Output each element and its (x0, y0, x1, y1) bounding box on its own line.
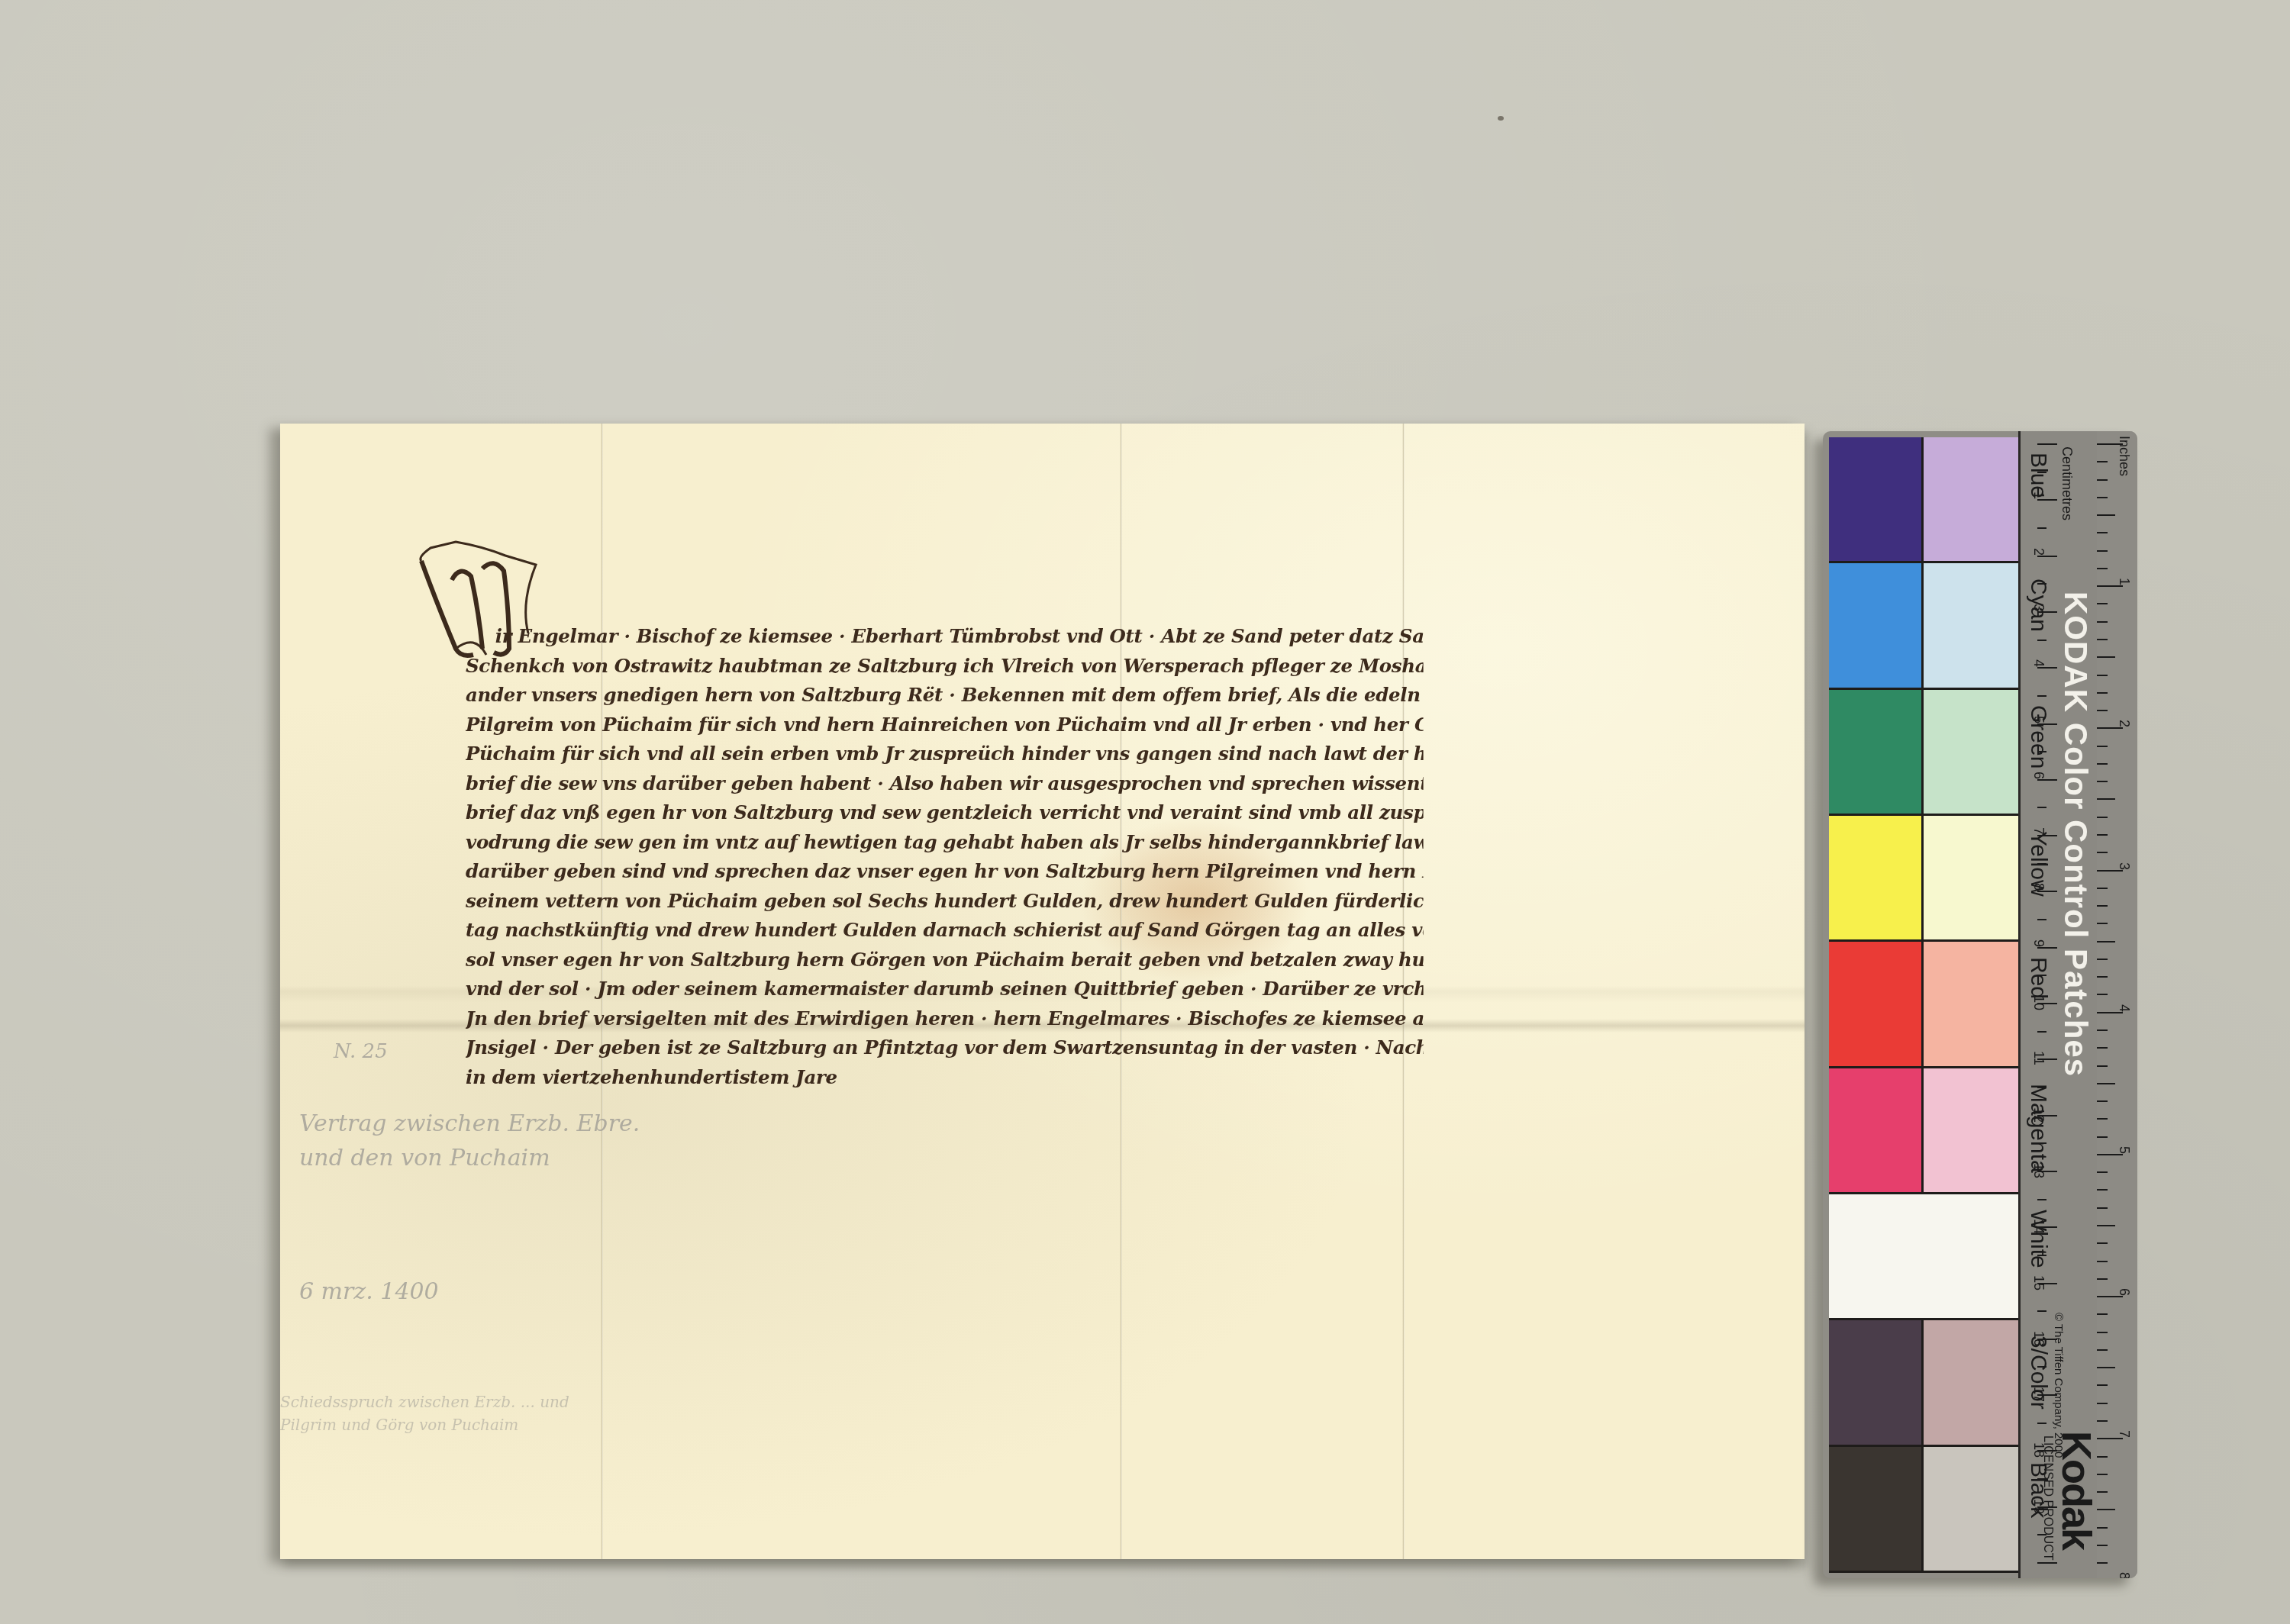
patch-row-3-color (1829, 1320, 2018, 1446)
inch-tick (2097, 710, 2108, 711)
dust-speck (1498, 116, 1504, 121)
cm-tick (2037, 1562, 2057, 1564)
patch-blue-tint (1924, 437, 2018, 561)
patch-cyan-tint (1924, 563, 2018, 687)
cm-tick (2037, 1366, 2046, 1368)
cm-tick-label: 5 (2030, 716, 2046, 723)
text-line-16: in dem viertzehenhundertistem Jare (466, 1063, 1424, 1093)
patch-yellow-dense (1829, 816, 1924, 939)
cm-tick (2037, 891, 2057, 892)
text-line-3: ander vnsers gnedigen hern von Saltzburg… (466, 681, 1424, 710)
inch-tick (2097, 585, 2123, 587)
cm-tick (2037, 1142, 2046, 1144)
inch-tick (2097, 905, 2108, 907)
inch-tick (2097, 994, 2108, 995)
text-line-8: vodrung die sew gen im vntz auf hewtigen… (466, 828, 1424, 858)
cm-tick (2037, 1199, 2046, 1200)
inch-tick-label: 6 (2116, 1288, 2132, 1296)
inch-tick (2097, 479, 2108, 481)
inch-tick (2097, 1474, 2108, 1475)
patch-black-tint (1924, 1447, 2018, 1571)
patch-label: Green (2025, 705, 2051, 768)
inch-tick (2097, 461, 2108, 462)
inch-tick (2097, 1403, 2108, 1404)
inch-tick (2097, 1047, 2108, 1049)
text-line-4: Pilgreim von Püchaim für sich vnd hern H… (466, 710, 1424, 740)
patch-green-tint (1924, 690, 2018, 814)
inch-tick (2097, 852, 2108, 853)
strip-brand-title: KODAK Color Control Patches (2057, 591, 2094, 1077)
cm-tick-label: 3 (2030, 604, 2046, 611)
inch-tick (2097, 1562, 2108, 1564)
pencil-note-summary-1: Vertrag zwischen Erzb. Ebre. (299, 1110, 640, 1137)
cm-tick (2037, 975, 2046, 976)
inch-tick (2097, 532, 2108, 533)
patch-row-green (1829, 690, 2018, 816)
inch-tick (2097, 1296, 2123, 1297)
cm-tick-label: 14 (2030, 1219, 2046, 1234)
inch-tick (2097, 1225, 2115, 1226)
kodak-logo: Kodak (2053, 1431, 2100, 1549)
patch-3-color-dense (1829, 1320, 1924, 1444)
text-line-5: Püchaim für sich vnd all sein erben vmb … (466, 739, 1424, 769)
patch-row-black (1829, 1447, 2018, 1573)
inch-tick (2097, 675, 2108, 676)
inch-tick (2097, 1332, 2108, 1333)
inch-tick (2097, 603, 2108, 604)
charter-parchment: W ir Engelmar · Bischof ze kiemsee · Ebe… (280, 424, 1805, 1559)
patch-3-color-tint (1924, 1320, 2018, 1444)
cm-tick-label: 9 (2030, 939, 2046, 947)
pencil-note-number: N. 25 (334, 1040, 388, 1063)
cm-tick-label: 11 (2030, 1051, 2046, 1065)
inch-tick (2097, 1384, 2108, 1386)
inch-tick-label: 2 (2116, 720, 2132, 727)
patch-yellow-tint (1924, 816, 2018, 939)
inch-tick-label: 3 (2116, 862, 2132, 870)
inch-tick-label: 8 (2116, 1572, 2132, 1578)
inch-tick-label: 7 (2116, 1430, 2132, 1438)
cm-tick-label: 18 (2030, 1442, 2046, 1458)
inch-tick (2097, 941, 2115, 942)
inch-tick (2097, 1242, 2108, 1244)
text-line-7: brief daz vnß egen hr von Saltzburg vnd … (466, 798, 1424, 828)
text-line-11: tag nachstkünftig vnd drew hundert Gulde… (466, 916, 1424, 946)
inch-tick (2097, 1367, 2115, 1368)
patch-black-dense (1829, 1447, 1924, 1571)
inch-tick (2097, 568, 2108, 569)
cm-tick (2037, 640, 2046, 641)
inch-tick (2097, 1207, 2108, 1209)
patch-magenta-dense (1829, 1068, 1924, 1192)
text-line-2: Schenkch von Ostrawitz haubtman ze Saltz… (466, 652, 1424, 681)
pencil-note-summary-2: und den von Puchaim (299, 1145, 550, 1171)
inch-tick-label: 4 (2116, 1004, 2132, 1012)
cm-tick-label: 16 (2030, 1331, 2046, 1346)
inch-tick (2097, 923, 2108, 924)
inch-tick (2097, 1438, 2123, 1439)
inch-tick (2097, 1065, 2108, 1067)
inch-tick (2097, 692, 2108, 694)
measurement-ruler: Inches 123456789101112131415161718191234… (2097, 431, 2137, 1578)
patch-red-tint (1924, 942, 2018, 1065)
cm-tick (2037, 1255, 2046, 1256)
cm-tick (2037, 1478, 2046, 1480)
inch-tick (2097, 727, 2123, 729)
patch-green-dense (1829, 690, 1924, 814)
patch-row-white (1829, 1194, 2018, 1320)
text-line-12: sol vnser egen hr von Saltzburg hern Gör… (466, 946, 1424, 975)
ruler-unit-inches: Inches (2116, 436, 2132, 476)
pencil-note-date: 6 mrz. 1400 (299, 1278, 439, 1305)
inch-tick (2097, 1349, 2108, 1351)
cm-tick (2037, 1423, 2046, 1424)
inch-tick (2097, 497, 2108, 498)
inch-tick (2097, 1261, 2108, 1262)
text-line-6: brief die sew vns darüber geben habent ·… (466, 769, 1424, 799)
inch-tick (2097, 1100, 2108, 1102)
patch-label: Magenta (2025, 1084, 2051, 1173)
cm-tick (2037, 751, 2046, 752)
inch-tick (2097, 1313, 2108, 1315)
inch-tick (2097, 798, 2115, 800)
cm-tick-label: 17 (2030, 1387, 2046, 1402)
cm-tick (2037, 443, 2057, 445)
pencil-note-bottom-1: Schiedsspruch zwischen Erzb. ... und (280, 1393, 569, 1411)
text-line-15: Jnsigel · Der geben ist ze Saltzburg an … (466, 1033, 1424, 1063)
cm-tick (2037, 863, 2046, 865)
text-line-13: vnd der sol · Jm oder seinem kamermaiste… (466, 975, 1424, 1004)
cm-tick (2037, 527, 2046, 529)
text-line-14: Jn den brief versigelten mit des Erwirdi… (466, 1004, 1424, 1034)
cm-tick (2037, 667, 2057, 669)
cm-tick-label: 1 (2030, 491, 2046, 499)
inch-tick (2097, 1083, 2115, 1084)
text-line-10: seinem vettern von Püchaim geben sol Sec… (466, 887, 1424, 917)
ruler-unit-centimetres: Centimetres (2059, 446, 2075, 520)
inch-tick (2097, 1118, 2108, 1120)
inch-tick (2097, 1509, 2115, 1510)
inch-tick (2097, 656, 2115, 658)
pencil-note-bottom-2: Pilgrim und Görg von Puchaim (280, 1416, 518, 1434)
cm-tick (2037, 472, 2046, 473)
text-line-9: darüber geben sind vnd sprechen daz vnse… (466, 857, 1424, 887)
inch-tick (2097, 1545, 2108, 1546)
inch-tick (2097, 834, 2108, 836)
inch-tick (2097, 817, 2108, 818)
cm-tick-label: 7 (2030, 827, 2046, 835)
patch-white (1829, 1194, 2018, 1318)
inch-tick (2097, 443, 2123, 445)
cm-tick-label: 15 (2030, 1275, 2046, 1290)
cm-tick-label: 4 (2030, 659, 2046, 667)
cm-tick (2037, 1310, 2046, 1312)
cm-tick (2037, 611, 2057, 613)
patch-red-dense (1829, 942, 1924, 1065)
charter-text: ir Engelmar · Bischof ze kiemsee · Eberh… (466, 622, 1405, 1092)
cm-tick-label: 13 (2030, 1163, 2046, 1178)
patch-row-magenta (1829, 1068, 2018, 1194)
inch-tick (2097, 550, 2108, 552)
color-patches (1829, 437, 2018, 1573)
cm-tick-label: 19 (2030, 1499, 2046, 1514)
inch-tick (2097, 888, 2108, 889)
cm-tick-label: 6 (2030, 772, 2046, 779)
inch-tick (2097, 639, 2108, 640)
inch-tick-label: 1 (2116, 578, 2132, 585)
kodak-color-control-strip: KODAK Color Control Patches © The Tiffen… (1823, 431, 2137, 1578)
cm-tick (2037, 583, 2046, 585)
cm-tick (2037, 499, 2057, 501)
cm-tick-label: 12 (2030, 1107, 2046, 1123)
cm-tick-label: 2 (2030, 548, 2046, 556)
cm-tick (2037, 835, 2057, 836)
patch-row-cyan (1829, 563, 2018, 689)
cm-tick-label: 10 (2030, 995, 2046, 1010)
inch-tick-label: 5 (2116, 1146, 2132, 1154)
cm-tick (2037, 1031, 2046, 1033)
patch-cyan-dense (1829, 563, 1924, 687)
inch-tick (2097, 746, 2108, 747)
text-line-1: ir Engelmar · Bischof ze kiemsee · Eberh… (466, 622, 1424, 652)
patch-row-yellow (1829, 816, 2018, 942)
inch-tick (2097, 1456, 2108, 1458)
cm-tick (2037, 807, 2046, 808)
cm-tick (2037, 695, 2046, 697)
inch-tick (2097, 1491, 2108, 1493)
inch-tick (2097, 1278, 2108, 1280)
cm-tick-label: 8 (2030, 883, 2046, 891)
cm-tick (2037, 1534, 2046, 1535)
inch-tick (2097, 1136, 2108, 1138)
inch-tick (2097, 1420, 2108, 1422)
inch-tick (2097, 1527, 2108, 1529)
inch-tick (2097, 1189, 2108, 1191)
inch-tick (2097, 763, 2108, 765)
inch-tick (2097, 959, 2108, 960)
inch-tick (2097, 1029, 2108, 1031)
inch-tick (2097, 621, 2108, 623)
inch-tick (2097, 781, 2108, 782)
patch-blue-dense (1829, 437, 1924, 561)
cm-tick (2037, 1087, 2046, 1088)
inch-tick (2097, 1171, 2108, 1173)
inch-tick (2097, 514, 2115, 516)
patch-row-red (1829, 942, 2018, 1068)
cm-tick (2037, 919, 2046, 920)
inch-tick (2097, 1154, 2123, 1155)
cm-tick (2037, 779, 2057, 781)
inch-tick (2097, 976, 2108, 978)
inch-tick (2097, 1012, 2123, 1013)
patch-row-blue (1829, 437, 2018, 563)
patch-magenta-tint (1924, 1068, 2018, 1192)
patch-label: Red (2025, 957, 2051, 999)
